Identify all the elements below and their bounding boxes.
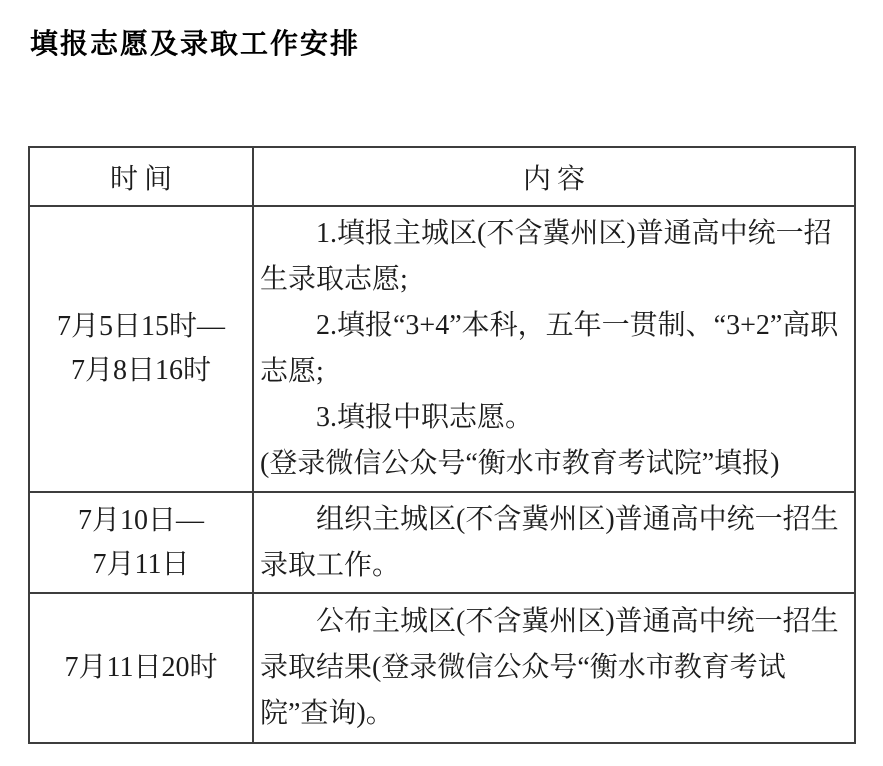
content-cell: 组织主城区(不含冀州区)普通高中统一招生录取工作。 (253, 492, 855, 593)
content-note: (登录微信公众号“衡水市教育考试院”填报) (260, 441, 846, 487)
column-header-content: 内容 (253, 147, 855, 206)
table-row-organize-admission: 7月10日— 7月11日 组织主城区(不含冀州区)普通高中统一招生录取工作。 (29, 492, 855, 593)
content-item-1: 1.填报主城区(不含冀州区)普通高中统一招生录取志愿; (260, 211, 846, 303)
content-cell: 1.填报主城区(不含冀州区)普通高中统一招生录取志愿; 2.填报“3+4”本科，… (253, 206, 855, 492)
page-title: 填报志愿及录取工作安排 (30, 22, 360, 62)
content-item-1: 公布主城区(不含冀州区)普通高中统一招生录取结果(登录微信公众号“衡水市教育考试… (260, 599, 846, 737)
content-item-1: 组织主城区(不含冀州区)普通高中统一招生录取工作。 (260, 497, 846, 589)
column-header-time: 时间 (29, 147, 253, 206)
schedule-table: 时间 内容 7月5日15时— 7月8日16时 1.填报主城区(不含冀州区)普通高… (28, 146, 856, 744)
table-row-fill-volunteer: 7月5日15时— 7月8日16时 1.填报主城区(不含冀州区)普通高中统一招生录… (29, 206, 855, 492)
time-cell: 7月5日15时— 7月8日16时 (29, 206, 253, 492)
table-header-row: 时间 内容 (29, 147, 855, 206)
time-cell: 7月10日— 7月11日 (29, 492, 253, 593)
content-cell: 公布主城区(不含冀州区)普通高中统一招生录取结果(登录微信公众号“衡水市教育考试… (253, 593, 855, 743)
content-item-3: 3.填报中职志愿。 (260, 395, 846, 441)
table-row-publish-results: 7月11日20时 公布主城区(不含冀州区)普通高中统一招生录取结果(登录微信公众… (29, 593, 855, 743)
time-cell: 7月11日20时 (29, 593, 253, 743)
content-item-2: 2.填报“3+4”本科，五年一贯制、“3+2”高职志愿; (260, 303, 846, 395)
document-page: 填报志愿及录取工作安排 时间 内容 7月5日15时— 7月8日16时 1.填报主… (0, 0, 883, 766)
